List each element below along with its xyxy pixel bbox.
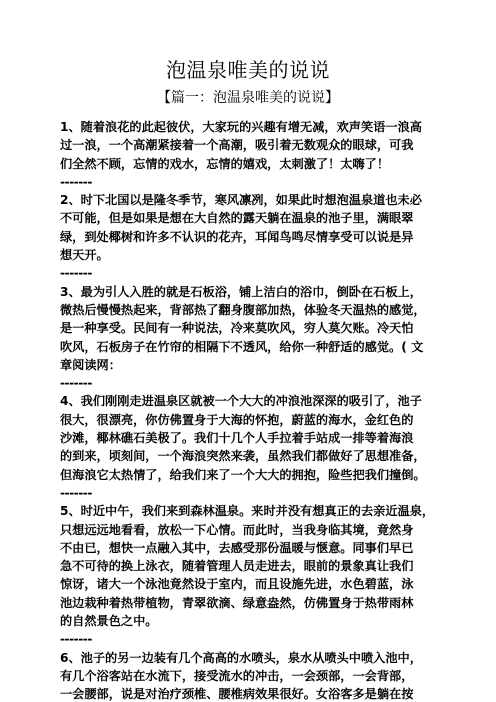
separator: ------- — [60, 264, 442, 282]
text-line: 想天开。 — [60, 246, 442, 264]
separator: ------- — [60, 374, 442, 392]
text-line: 6、池子的另一边装有几个高高的水喷头，泉水从喷头中喷入池中， — [60, 649, 442, 667]
text-line: 的到来，顷刻间，一个海浪突然来袭，虽然我们都做好了思想准备， — [60, 447, 442, 465]
text-line: 只想远远地看看，放松一下心情。而此时，当我身临其境，竟然身 — [60, 521, 442, 539]
text-line: 绿，到处椰树和许多不认识的花卉，耳闻鸟鸣尽情享受可以说是异 — [60, 228, 442, 246]
document-page: 泡温泉唯美的说说 【篇一：泡温泉唯美的说说】 1、随着浪花的此起彼伏，大家玩的兴… — [0, 0, 496, 702]
text-line: 微热后慢慢热起来，背部热了翻身腹部加热，体验冬天温热的感觉， — [60, 301, 442, 319]
text-line: 不可能，但是如果是想在大自然的露天躺在温泉的池子里，满眼翠 — [60, 209, 442, 227]
text-line: 有几个浴客站在水流下，接受流水的冲击，一会颈部，一会背部， — [60, 667, 442, 685]
paragraph-6: 6、池子的另一边装有几个高高的水喷头，泉水从喷头中喷入池中， 有几个浴客站在水流… — [60, 649, 442, 702]
paragraph-3: 3、最为引人入胜的就是石板浴，铺上洁白的浴巾，倒卧在石板上， 微热后慢慢热起来，… — [60, 283, 442, 374]
paragraph-1: 1、随着浪花的此起彼伏，大家玩的兴趣有增无减，欢声笑语一浪高 过一浪，一个高潮紧… — [60, 118, 442, 173]
paragraph-5: 5、时近中午，我们来到森林温泉。来时并没有想真正的去亲近温泉， 只想远远地看看，… — [60, 502, 442, 630]
text-line: 是一种享受。民间有一种说法，冷来莫吹风，穷人莫欠账。冷天怕 — [60, 319, 442, 337]
text-line: 的自然景色之中。 — [60, 612, 442, 630]
text-line: 2、时下北国以是隆冬季节，寒风凛冽，如果此时想泡温泉道也未必 — [60, 191, 442, 209]
text-line: 吹风，石板房子在竹帘的相隔下不透风，给你一种舒适的感觉。( 文 — [60, 338, 442, 356]
paragraph-2: 2、时下北国以是隆冬季节，寒风凛冽，如果此时想泡温泉道也未必 不可能，但是如果是… — [60, 191, 442, 264]
text-line: 章阅读网： — [60, 356, 442, 374]
document-body: 1、随着浪花的此起彼伏，大家玩的兴趣有增无减，欢声笑语一浪高 过一浪，一个高潮紧… — [60, 118, 442, 702]
separator: ------- — [60, 484, 442, 502]
text-line: 不由已，想快一点融入其中，去感受那份温暖与惬意。同事们早已 — [60, 539, 442, 557]
separator: ------- — [60, 173, 442, 191]
text-line: 过一浪，一个高潮紧接着一个高潮，吸引着无数观众的眼球，可我 — [60, 136, 442, 154]
text-line: 急不可待的换上泳衣，随着管理人员走进去，眼前的景象真让我们 — [60, 557, 442, 575]
text-line: 4、我们刚刚走进温泉区就被一个大大的冲浪池深深的吸引了，池子 — [60, 392, 442, 410]
text-line: 惊讶，诸大一个泳池竟然设于室内，而且设施先进，水色碧蓝，泳 — [60, 575, 442, 593]
text-line: 5、时近中午，我们来到森林温泉。来时并没有想真正的去亲近温泉， — [60, 502, 442, 520]
document-title: 泡温泉唯美的说说 — [0, 58, 496, 82]
text-line: 一会腰部，说是对治疗颈椎、腰椎病效果很好。女浴客多是躺在按 — [60, 685, 442, 702]
text-line: 但海浪它太热情了，给我们来了一个大大的拥抱，险些把我们撞倒。 — [60, 466, 442, 484]
separator: ------- — [60, 630, 442, 648]
text-line: 池边栽种着热带植物，青翠欲滴、绿意盎然，仿佛置身于热带雨林 — [60, 594, 442, 612]
text-line: 1、随着浪花的此起彼伏，大家玩的兴趣有增无减，欢声笑语一浪高 — [60, 118, 442, 136]
paragraph-4: 4、我们刚刚走进温泉区就被一个大大的冲浪池深深的吸引了，池子 很大，很漂亮，你仿… — [60, 392, 442, 483]
text-line: 3、最为引人入胜的就是石板浴，铺上洁白的浴巾，倒卧在石板上， — [60, 283, 442, 301]
text-line: 沙滩，椰林礁石美极了。我们十几个人手拉着手站成一排等着海浪 — [60, 429, 442, 447]
section-heading: 【篇一：泡温泉唯美的说说】 — [0, 89, 496, 107]
text-line: 很大，很漂亮，你仿佛置身于大海的怀抱，蔚蓝的海水，金红色的 — [60, 411, 442, 429]
text-line: 们全然不顾，忘情的戏水，忘情的嬉戏，太刺激了！太嗨了！ — [60, 155, 442, 173]
